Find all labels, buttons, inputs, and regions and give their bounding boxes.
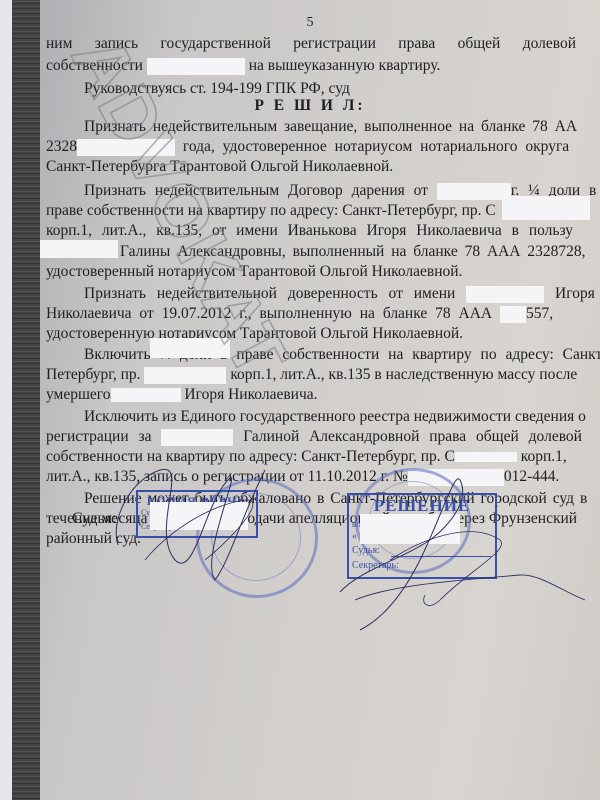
document-page: 5 нимзаписьгосударственнойрегистрациипра… — [0, 0, 600, 800]
signatures — [0, 0, 600, 800]
